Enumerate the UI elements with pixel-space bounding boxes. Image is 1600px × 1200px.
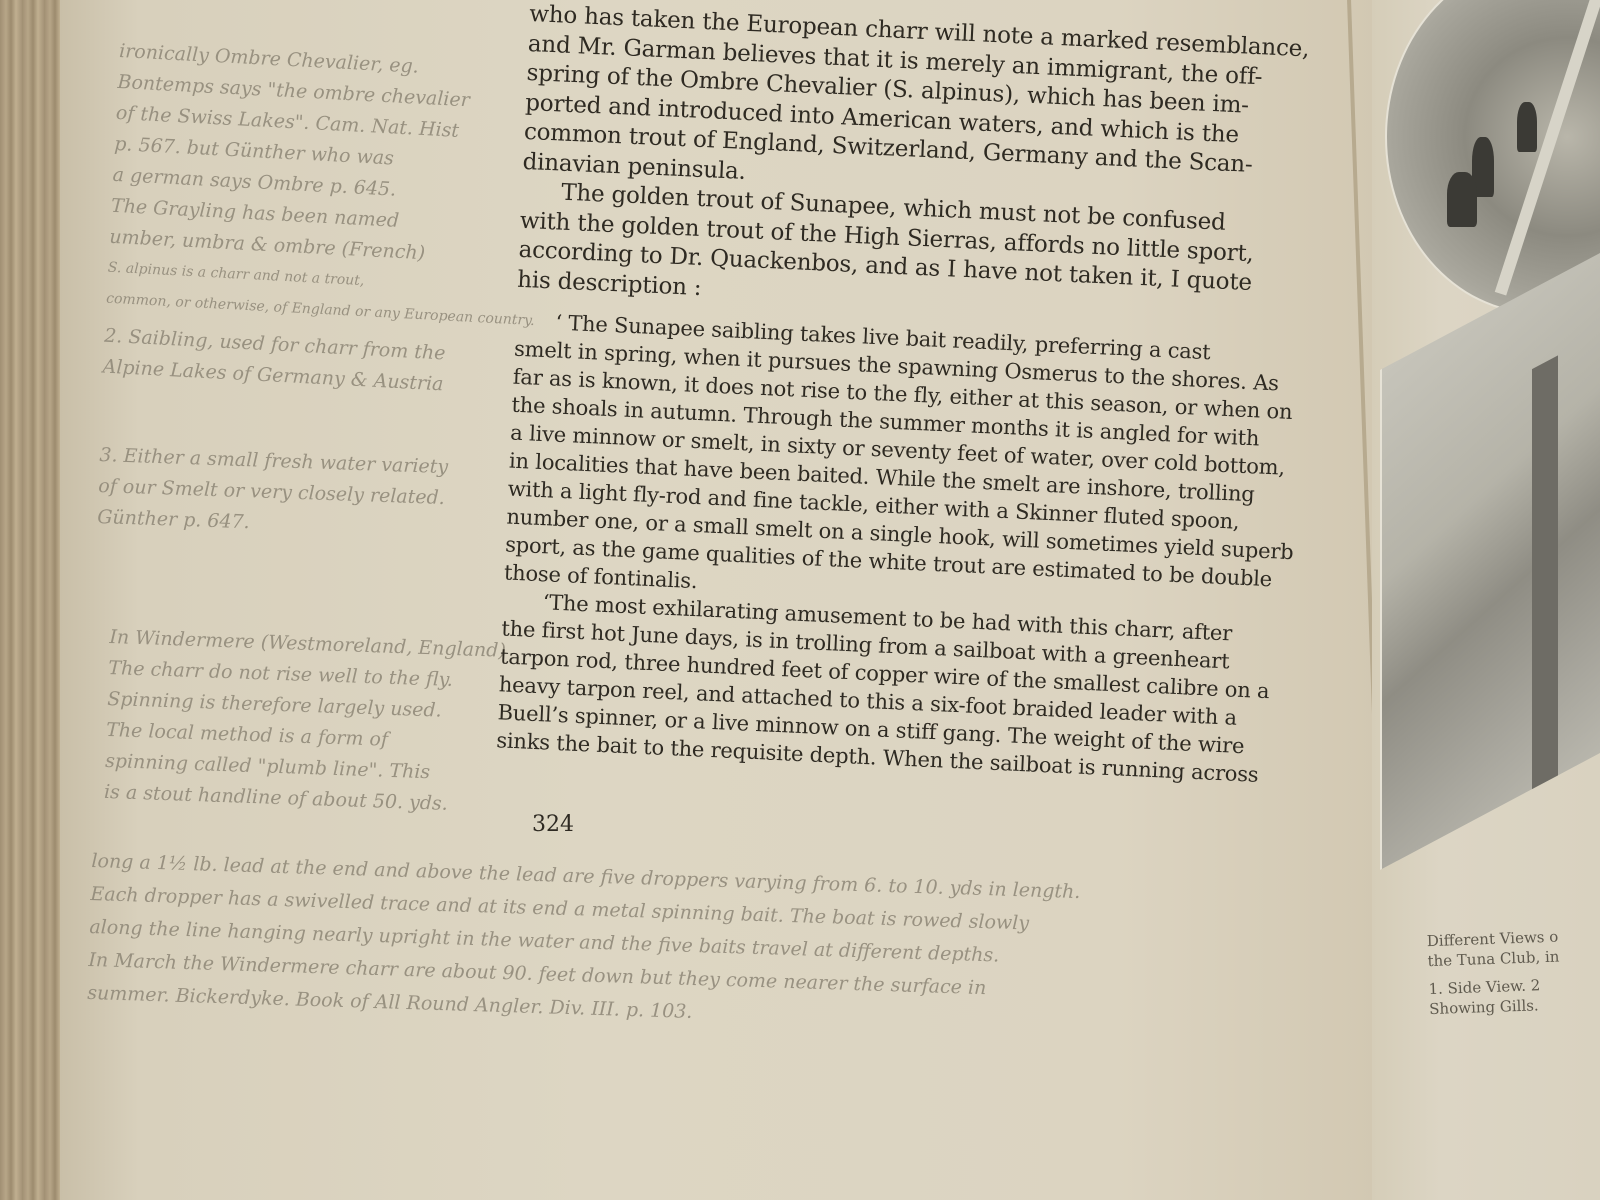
handwritten-note-4: In Windermere (Westmoreland, England) Th… xyxy=(104,622,540,823)
boat-mast xyxy=(1495,0,1600,296)
figure xyxy=(1447,172,1477,227)
printed-text-block: who has taken the European charr will no… xyxy=(496,0,1269,788)
handwritten-note-3: 3. Either a small fresh water variety of… xyxy=(97,440,530,548)
quotation-2: ‘The most exhilarating amusement to be h… xyxy=(496,586,1243,787)
quotation-1: ‘ The Sunapee saibling takes live bait r… xyxy=(503,307,1255,620)
plate-caption: Different Views o the Tuna Club, in 1. S… xyxy=(1427,925,1600,1019)
hanging-post xyxy=(1532,355,1558,789)
handwritten-note-1: ironically Ombre Chevalier, eg. Bontemps… xyxy=(102,36,530,404)
page-number: 324 xyxy=(532,812,574,837)
figure xyxy=(1517,102,1537,152)
